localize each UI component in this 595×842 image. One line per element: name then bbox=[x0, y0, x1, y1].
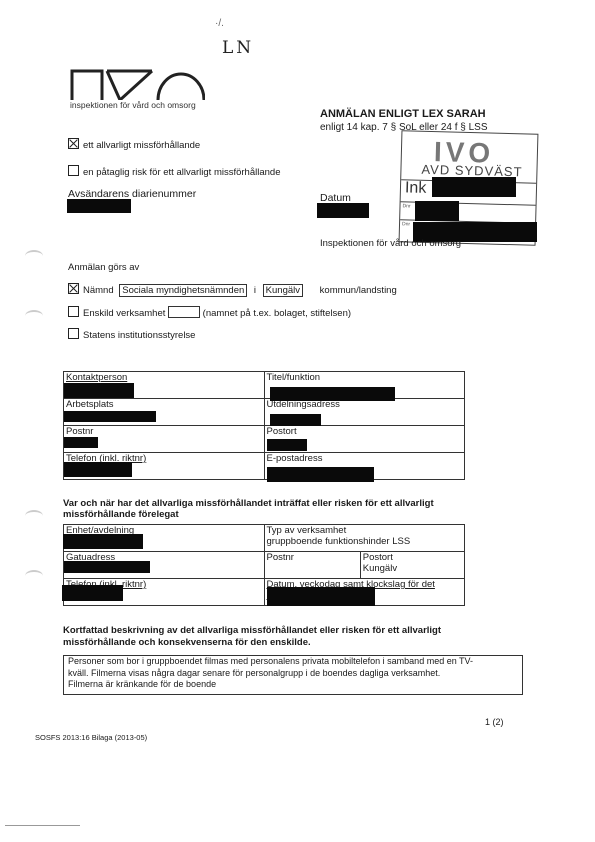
private-hint: (namnet på t.ex. bolaget, stiftelsen) bbox=[203, 308, 351, 319]
field-label: Kontaktperson bbox=[66, 372, 127, 383]
private-name-field[interactable] bbox=[168, 306, 200, 318]
description-line: Filmerna är kränkande för de boende bbox=[68, 679, 518, 691]
stamp-received-label: Ink bbox=[405, 179, 427, 198]
in-label: i bbox=[254, 285, 256, 296]
redacted-phone bbox=[64, 462, 132, 477]
field-label: Typ av verksamhet bbox=[267, 525, 463, 536]
activity-type-value: gruppboende funktionshinder LSS bbox=[267, 536, 463, 547]
private-label: Enskild verksamhet bbox=[83, 308, 165, 319]
redacted-postort bbox=[267, 439, 307, 451]
redacted-stamp-field bbox=[415, 201, 459, 221]
reporter-option-namnd[interactable]: Nämnd Sociala myndighetsnämnden i Kungäl… bbox=[68, 283, 397, 296]
redacted-street bbox=[64, 561, 150, 573]
field-label: Postnr bbox=[267, 552, 294, 563]
namnd-field[interactable]: Sociala myndighetsnämnden bbox=[119, 284, 247, 297]
severity-option-risk[interactable]: en påtaglig risk för ett allvarligt miss… bbox=[68, 165, 280, 178]
municipality-suffix: kommun/landsting bbox=[320, 285, 397, 296]
ivo-logo bbox=[70, 68, 205, 100]
description-field[interactable]: Personer som bor i gruppboendet filmas m… bbox=[63, 655, 523, 695]
recipient-label: Inspektionen för vård och omsorg bbox=[320, 238, 461, 249]
stamp-row2-label: Dnr bbox=[402, 203, 410, 209]
severity-label: ett allvarligt missförhållande bbox=[83, 140, 200, 151]
incident-postnr-cell[interactable]: Postnr bbox=[264, 552, 360, 579]
severity-label: en påtaglig risk för ett allvarligt miss… bbox=[83, 167, 280, 178]
field-label: E-postadress bbox=[267, 453, 323, 464]
redacted-incident-phone bbox=[62, 585, 123, 601]
redacted-email bbox=[267, 467, 374, 482]
state-label: Statens institutionsstyrelse bbox=[83, 330, 195, 341]
municipality-field[interactable]: Kungälv bbox=[263, 284, 303, 297]
field-label: Postort bbox=[363, 552, 462, 563]
redacted-address bbox=[270, 414, 321, 426]
description-line: Personer som bor i gruppboendet filmas m… bbox=[68, 656, 518, 668]
redacted-workplace bbox=[64, 411, 156, 422]
punch-hole bbox=[25, 250, 43, 262]
field-label: Titel/funktion bbox=[267, 372, 321, 383]
field-label: Postort bbox=[267, 426, 297, 437]
redacted-datetime bbox=[267, 587, 375, 606]
handwritten-initials: LN bbox=[222, 38, 254, 58]
redacted-contact-person bbox=[64, 383, 134, 398]
checkbox-unchecked[interactable] bbox=[68, 165, 79, 176]
description-line: kväll. Filmerna visas några dagar senare… bbox=[68, 668, 518, 680]
reporter-heading: Anmälan görs av bbox=[68, 262, 139, 273]
field-label: Arbetsplats bbox=[66, 399, 114, 410]
field-label: Postnr bbox=[66, 426, 93, 437]
redacted-title bbox=[270, 387, 395, 401]
page-number: 1 (2) bbox=[485, 717, 504, 727]
redacted-received-date bbox=[432, 177, 516, 197]
punch-hole bbox=[25, 570, 43, 582]
severity-option-serious[interactable]: ett allvarligt missförhållande bbox=[68, 138, 200, 151]
reporter-option-private[interactable]: Enskild verksamhet (namnet på t.ex. bola… bbox=[68, 306, 351, 319]
checkbox-unchecked[interactable] bbox=[68, 306, 79, 317]
punch-hole bbox=[25, 510, 43, 522]
form-reference: SOSFS 2013:16 Bilaga (2013-05) bbox=[35, 733, 147, 742]
description-heading: Kortfattad beskrivning av det allvarliga… bbox=[63, 625, 453, 649]
namnd-label: Nämnd bbox=[83, 285, 114, 296]
redacted-postnr bbox=[64, 437, 98, 448]
handwritten-mark: ·/. bbox=[215, 18, 224, 29]
redacted-date bbox=[317, 203, 369, 218]
checkbox-checked[interactable] bbox=[68, 283, 79, 294]
form-title: ANMÄLAN ENLIGT LEX SARAH bbox=[320, 108, 486, 120]
scan-artifact-line bbox=[5, 825, 80, 826]
incident-heading: Var och när har det allvarliga missförhå… bbox=[63, 498, 443, 520]
checkbox-unchecked[interactable] bbox=[68, 328, 79, 339]
redacted-unit bbox=[63, 534, 143, 549]
checkbox-checked[interactable] bbox=[68, 138, 79, 149]
punch-hole bbox=[25, 310, 43, 322]
incident-postort-cell[interactable]: PostortKungälv bbox=[360, 552, 464, 579]
activity-type-cell[interactable]: Typ av verksamhetgruppboende funktionshi… bbox=[264, 525, 465, 552]
postort-value: Kungälv bbox=[363, 563, 462, 574]
logo-tagline: inspektionen för vård och omsorg bbox=[70, 100, 196, 110]
reporter-option-state[interactable]: Statens institutionsstyrelse bbox=[68, 328, 195, 341]
stamp-row3-label: Dnr bbox=[402, 221, 410, 227]
redacted-diary-number bbox=[67, 199, 131, 213]
